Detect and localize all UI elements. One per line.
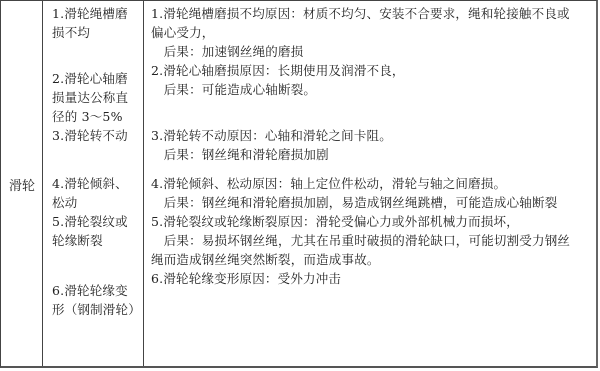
fault-text: 损不均 (52, 24, 90, 42)
fault-text: 径的 3～5% (52, 108, 123, 126)
detail-text: 绳而造成钢丝绳突然断裂，而造成事故。 (151, 251, 380, 269)
detail-text: 后果：钢丝绳和滑轮磨损加剧 (151, 146, 329, 164)
detail-text: 后果：加速钢丝绳的磨损 (151, 43, 303, 61)
detail-text: 1.滑轮绳槽磨损不均原因：材质不均匀、安装不合要求，绳和轮接触不良或 (151, 5, 570, 23)
fault-text: 1.滑轮绳槽磨 (52, 5, 128, 23)
detail-text: 2.滑轮心轴磨损原因：长期使用及润滑不良， (151, 62, 405, 80)
fault-table: 滑轮 1.滑轮绳槽磨 损不均 2.滑轮心轴磨 损量达公称直 径的 3～5% 3.… (0, 0, 598, 368)
detail-text: 4.滑轮倾斜、松动原因：轴上定位件松动，滑轮与轴之间磨损。 (151, 175, 506, 193)
detail-text: 后果：钢丝绳和滑轮磨损加剧，易造成钢丝绳跳槽，可能造成心轴断裂 (151, 194, 557, 212)
fault-text: 6.滑轮轮缘变 (52, 282, 128, 300)
detail-text: 5.滑轮裂纹或轮缘断裂原因：滑轮受偏心力或外部机械力而损坏， (151, 213, 519, 231)
fault-text: 轮缘断裂 (52, 232, 103, 250)
detail-text: 后果：可能造成心轴断裂。 (151, 81, 316, 99)
detail-text: 3.滑轮转不动原因：心轴和滑轮之间卡阻。 (151, 127, 392, 145)
column-divider (143, 1, 144, 366)
fault-text: 松动 (52, 194, 77, 212)
detail-text: 6.滑轮轮缘变形原因：受外力冲击 (151, 270, 341, 288)
fault-text: 5.滑轮裂纹或 (52, 213, 128, 231)
fault-text: 形（钢制滑轮） (52, 301, 141, 319)
fault-text: 2.滑轮心轴磨 (52, 70, 128, 88)
fault-text: 3.滑轮转不动 (52, 127, 128, 145)
detail-text: 后果：易损坏钢丝绳，尤其在吊重时破损的滑轮缺口，可能切割受力钢丝 (151, 232, 570, 250)
category-cell: 滑轮 (1, 175, 43, 194)
fault-text: 损量达公称直 (52, 89, 128, 107)
fault-text: 4.滑轮倾斜、 (52, 175, 128, 193)
detail-text: 偏心受力， (151, 24, 215, 42)
